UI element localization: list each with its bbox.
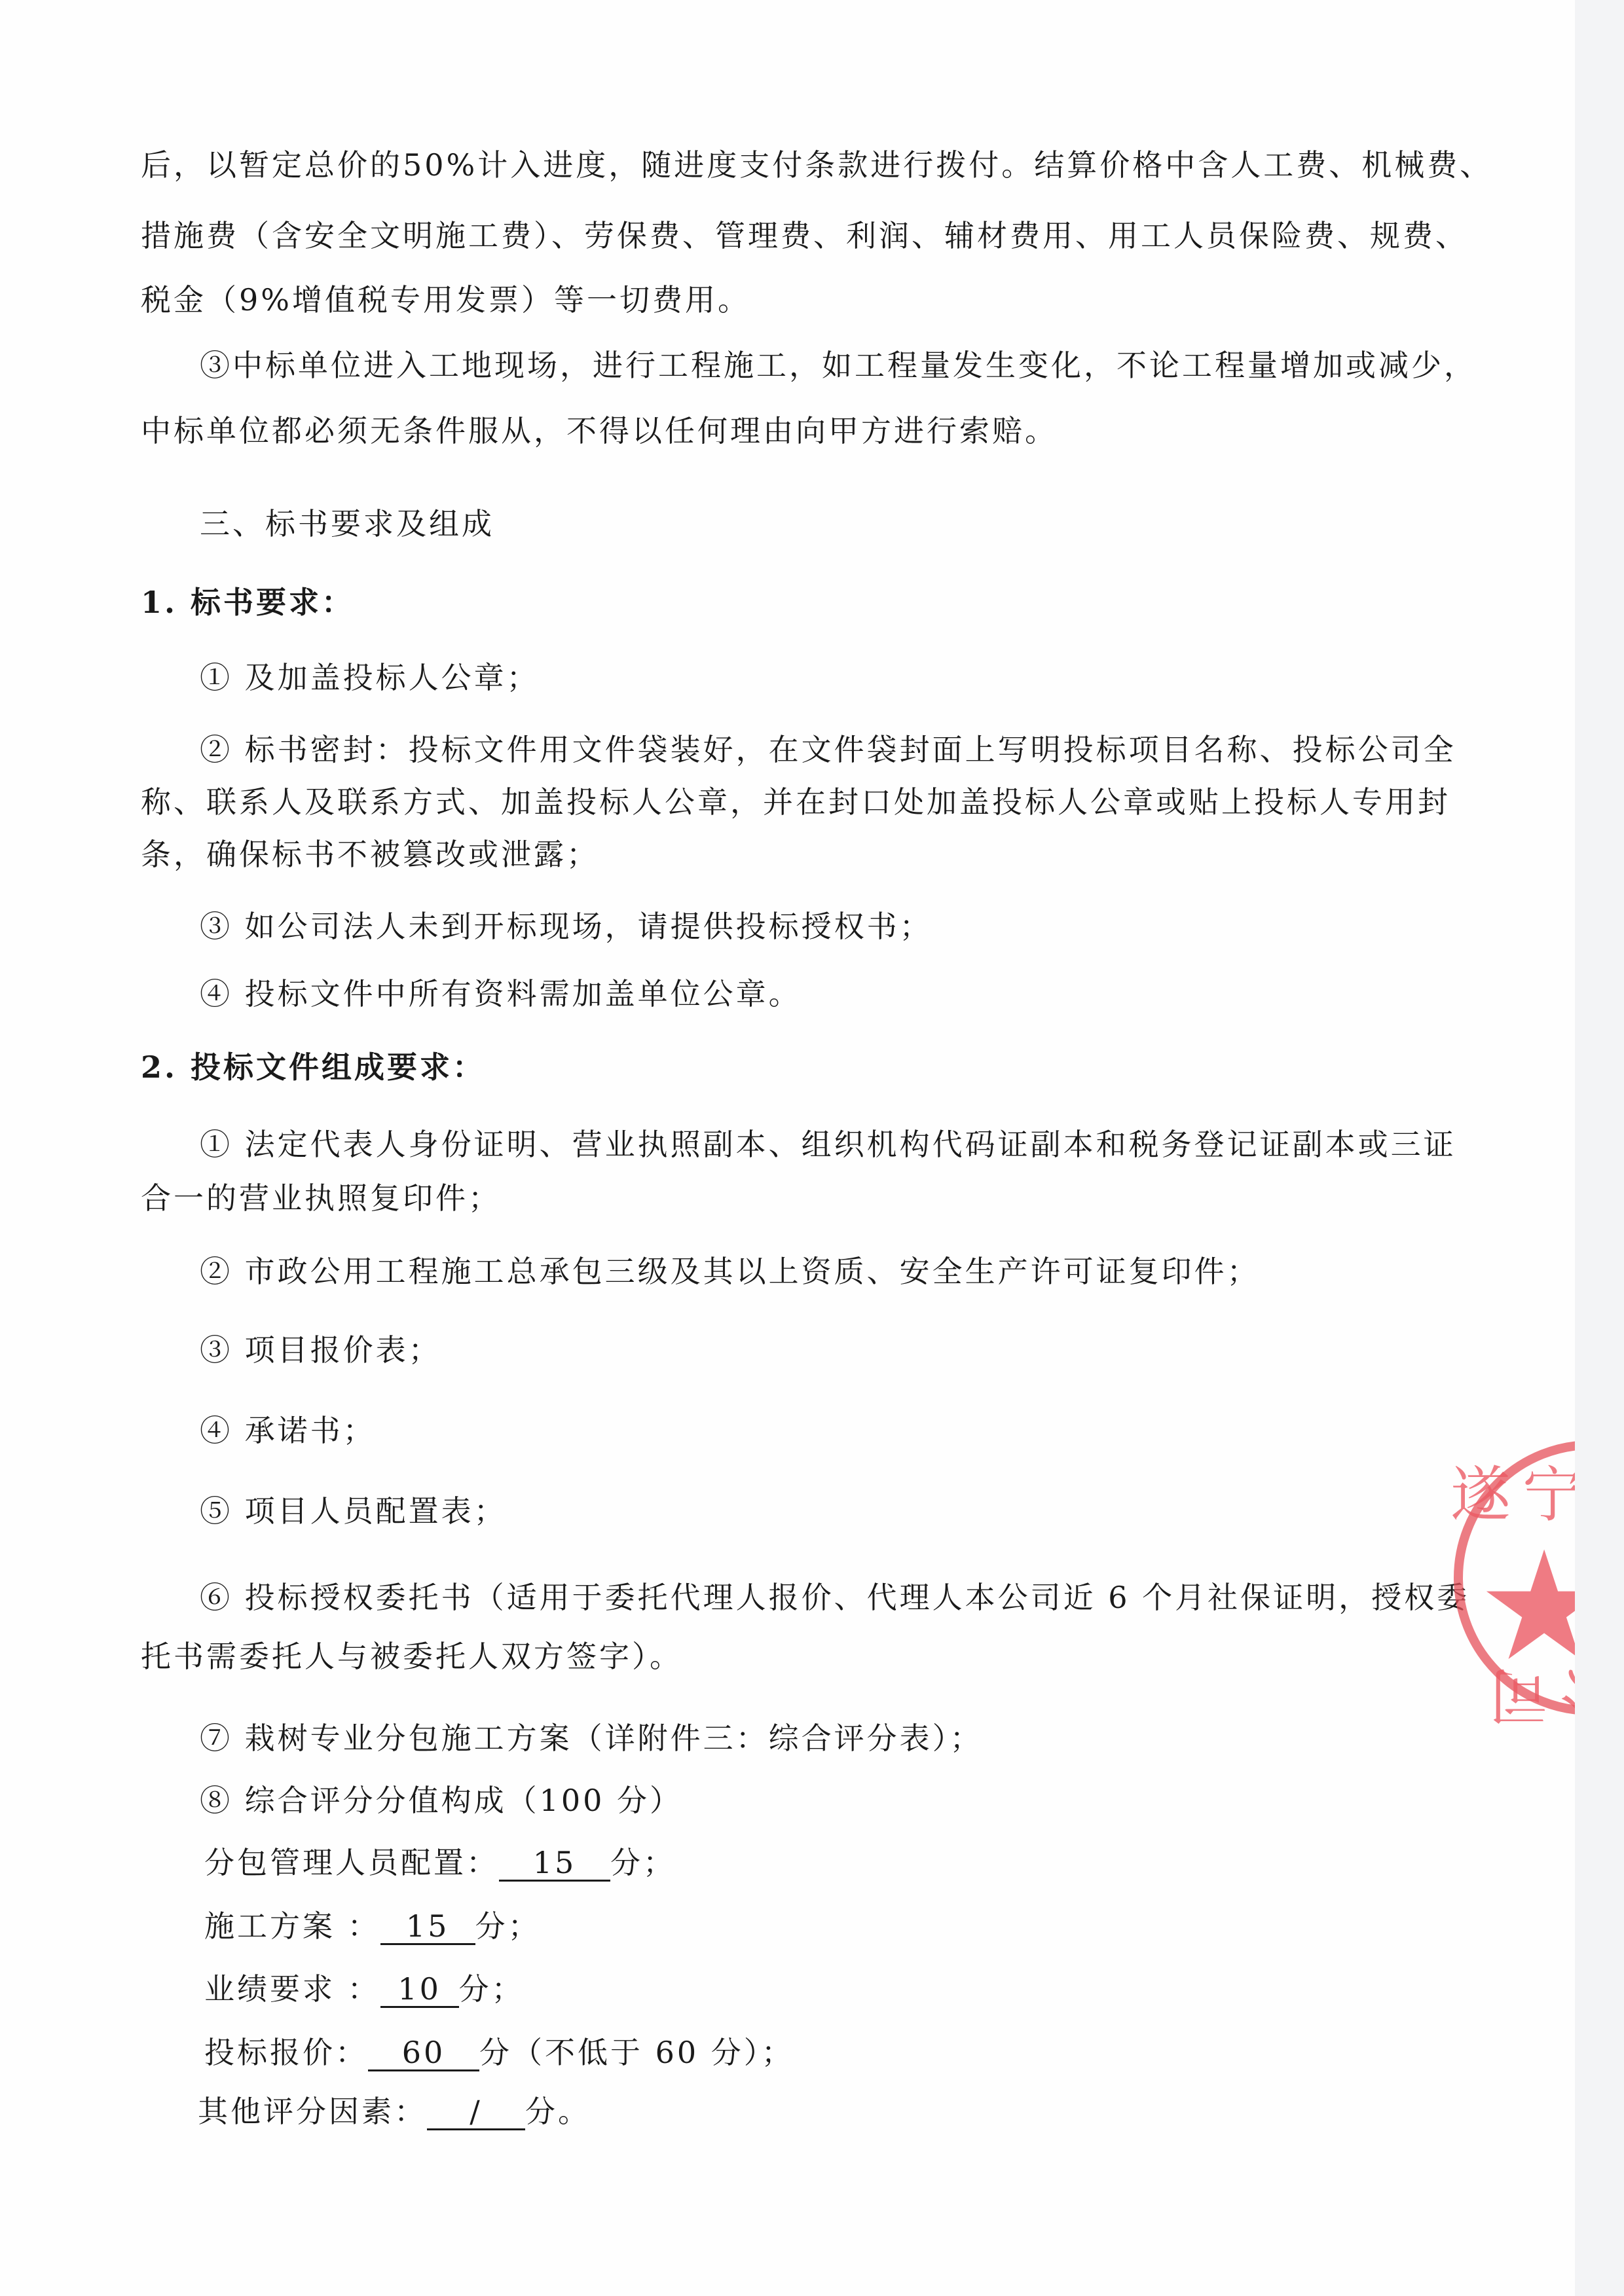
- score-suffix: 分。: [525, 2094, 591, 2129]
- list-item: ⑥ 投标授权委托书（适用于委托代理人报价、代理人本公司近 6 个月社保证明，授权…: [200, 1578, 1469, 1617]
- score-label: 施工方案 ：: [204, 1908, 380, 1944]
- list-item: ② 标书密封：投标文件用文件袋装好，在文件袋封面上写明投标项目名称、投标公司全: [200, 730, 1456, 769]
- score-row: 投标报价：60分（不低于 60 分）；: [204, 2033, 794, 2072]
- list-item: ③ 如公司法人未到开标现场，请提供投标授权书；: [200, 907, 932, 946]
- score-value: 15: [499, 1846, 610, 1882]
- paragraph-line: 税金（9%增值税专用发票）等一切费用。: [141, 280, 750, 319]
- score-row: 业绩要求 ：10分；: [204, 1969, 525, 2009]
- list-item: ⑤ 项目人员配置表；: [200, 1491, 507, 1531]
- section-heading: 三、标书要求及组成: [200, 504, 494, 543]
- paragraph-line: ③中标单位进入工地现场，进行工程施工，如工程量发生变化，不论工程量增加或减少，: [200, 346, 1477, 385]
- list-item: ④ 投标文件中所有资料需加盖单位公章。: [200, 974, 802, 1013]
- subsection-heading: 1. 标书要求：: [141, 583, 354, 622]
- score-suffix: 分；: [459, 1971, 525, 2007]
- score-row: 其他评分因素：/分。: [198, 2092, 591, 2131]
- score-label: 分包管理人员配置：: [204, 1845, 499, 1880]
- list-item: ③ 项目报价表；: [200, 1330, 441, 1370]
- paragraph-line: 措施费（含安全文明施工费）、劳保费、管理费、利润、辅材费用、用工人员保险费、规费…: [141, 216, 1468, 255]
- list-item-continuation: 合一的营业执照复印件；: [141, 1178, 501, 1218]
- list-item: ⑧ 综合评分分值构成（100 分）: [200, 1781, 682, 1820]
- score-label: 其他评分因素：: [198, 2094, 427, 2129]
- score-label: 业绩要求 ：: [204, 1971, 380, 2007]
- score-value: 10: [380, 1972, 459, 2008]
- paragraph-line: 中标单位都必须无条件服从，不得以任何理由向甲方进行索赔。: [141, 411, 1058, 450]
- list-item: ⑦ 栽树专业分包施工方案（详附件三：综合评分表）；: [200, 1719, 983, 1758]
- list-item: ② 市政公用工程施工总承包三级及其以上资质、安全生产许可证复印件；: [200, 1252, 1260, 1291]
- list-item: ① 法定代表人身份证明、营业执照副本、组织机构代码证副本和税务登记证副本或三证: [200, 1125, 1456, 1164]
- score-value: 15: [380, 1909, 475, 1945]
- list-item: ④ 承诺书；: [200, 1411, 376, 1450]
- scan-edge: [1575, 0, 1624, 2296]
- score-row: 施工方案 ：15分；: [204, 1906, 541, 1946]
- list-item-continuation: 托书需委托人与被委托人双方签字）。: [141, 1637, 682, 1676]
- paragraph-line: 后，以暂定总价的50%计入进度，随进度支付条款进行拨付。结算价格中含人工费、机械…: [141, 145, 1492, 185]
- subsection-heading: 2. 投标文件组成要求：: [141, 1048, 485, 1087]
- score-suffix: 分；: [610, 1845, 676, 1880]
- score-value: /: [427, 2094, 525, 2130]
- list-item: ① 及加盖投标人公章；: [200, 658, 540, 697]
- score-suffix: 分；: [475, 1908, 541, 1944]
- score-label: 投标报价：: [204, 2035, 368, 2070]
- score-row: 分包管理人员配置：15分；: [204, 1843, 676, 1882]
- score-suffix: 分（不低于 60 分）；: [479, 2035, 794, 2070]
- score-value: 60: [368, 2035, 479, 2071]
- list-item-continuation: 称、联系人及联系方式、加盖投标人公章，并在封口处加盖投标人公章或贴上投标人专用封: [141, 782, 1450, 822]
- list-item-continuation: 条，确保标书不被篡改或泄露；: [141, 835, 599, 874]
